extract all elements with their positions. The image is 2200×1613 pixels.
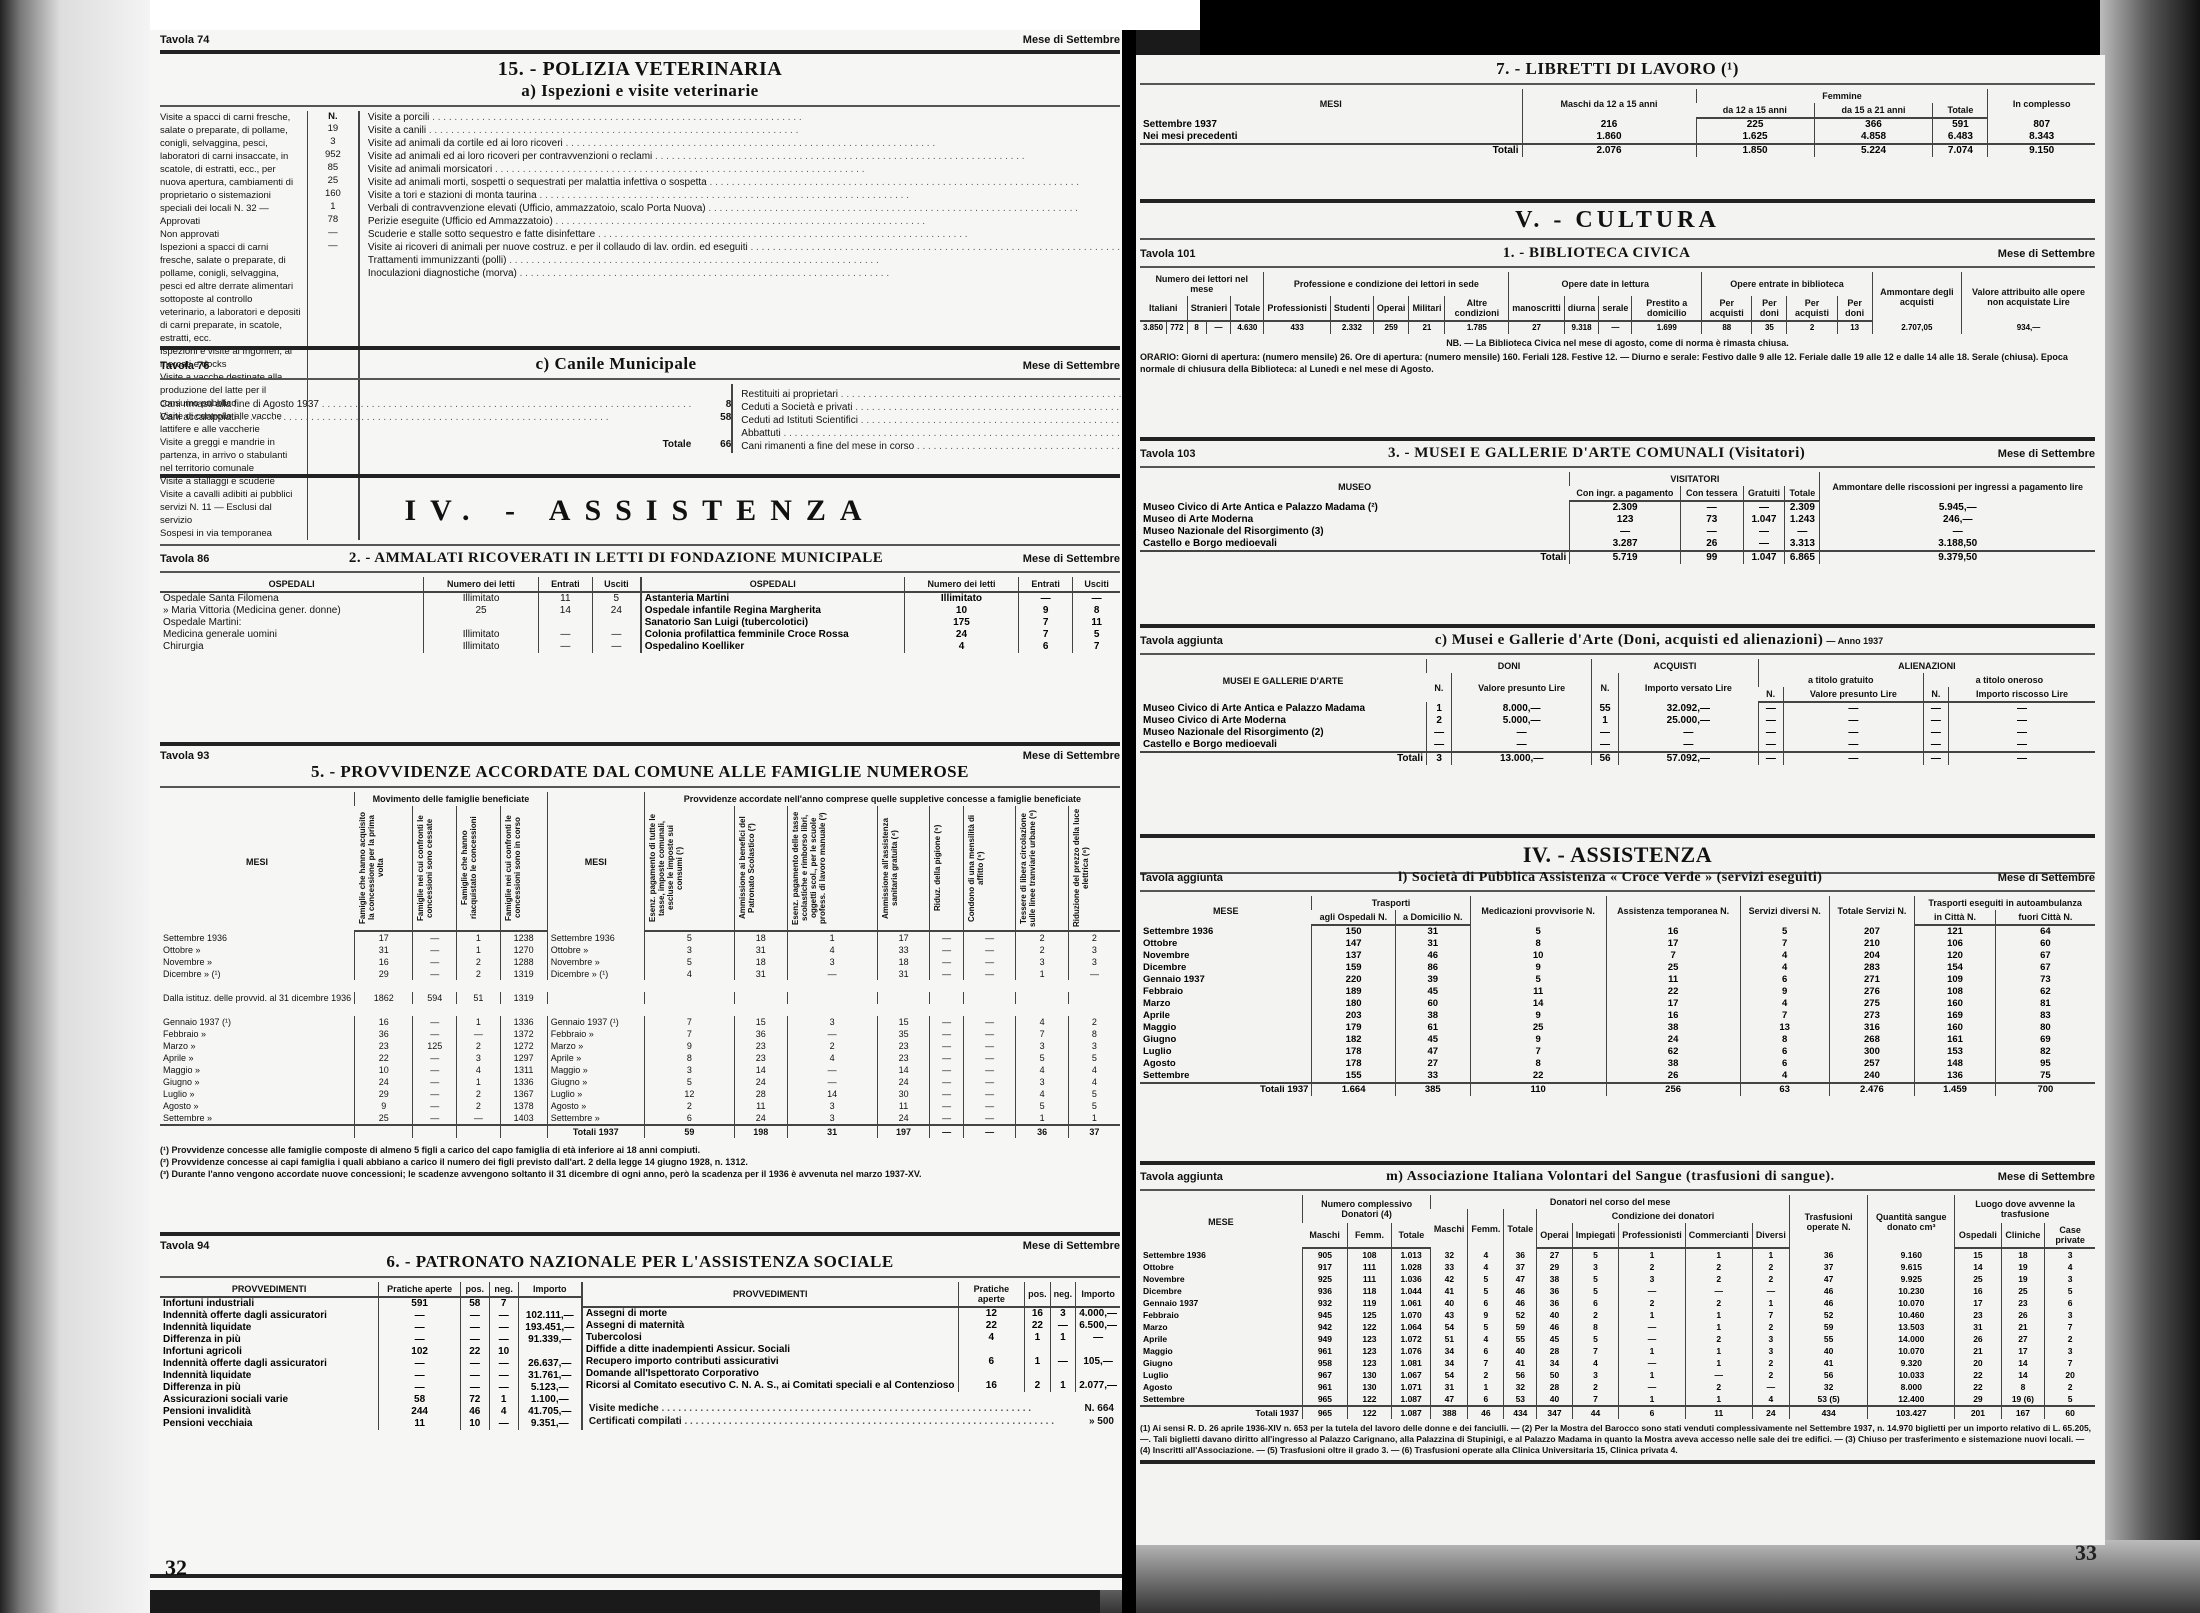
avis-table: MESE Numero complessivo Donatori (4) Don… (1140, 1195, 2095, 1419)
tavola-label: Tavola 103 (1140, 448, 1195, 460)
month-row: Giugno18245924826816169 (1140, 1034, 2095, 1046)
scan-dark-border (1200, 0, 2200, 55)
vet-item: Visite ad animali morti, sospetti o sequ… (368, 176, 1120, 189)
museum-row: Museo di Arte Moderna123731.0471.243246,… (1140, 514, 2095, 526)
total-row: Totali313.000,—5657.092,————— (1140, 752, 2095, 765)
vet-item: Visite ad animali ed ai loro ricoveri pe… (368, 150, 1120, 163)
section-subtitle: a) Ispezioni e visite veterinarie (160, 81, 1120, 101)
provvidenze-section: Tavola 93 Mese di Settembre 5. - PROVVID… (160, 738, 1120, 1180)
vet-item: Scuderie e stalle sotto sequestro e fatt… (368, 228, 1120, 241)
month-label: Mese di Settembre (1023, 1240, 1120, 1252)
page-number-left: 32 (165, 1555, 187, 1581)
doni-table: MUSEI E GALLERIE D'ARTE DONI ACQUISTI AL… (1140, 659, 2095, 765)
museum-row: Museo Nazionale del Risorgimento (2)————… (1140, 727, 2095, 739)
tavola-label: Tavola 74 (160, 34, 209, 46)
month-label: Mese di Settembre (1023, 34, 1120, 46)
hospital-row: Ospedale infantile Regina Margherita1098 (641, 605, 1120, 617)
provvedimento-row: Tubercolosi411— (583, 1332, 1120, 1344)
tavola-label: Tavola 101 (1140, 248, 1195, 260)
libretti-table: MESI Maschi da 12 a 15 anni Femmine In c… (1140, 89, 2095, 157)
libretti-section: 7. - LIBRETTI DI LAVORO (¹) MESI Maschi … (1140, 59, 2095, 157)
month-row: Novembre »16—21288Novembre »518318——33 (160, 956, 1120, 968)
biblioteca-table: Numero dei lettori nel mese Professione … (1140, 272, 2095, 334)
hospital-row: Medicina generale uominiIllimitato—— (160, 629, 640, 641)
hospital-row: Colonia profilattica femminile Croce Ros… (641, 629, 1120, 641)
vet-item: Visite a spacci di carni fresche, salate… (160, 111, 307, 228)
tavola-label: Tavola 94 (160, 1240, 209, 1252)
musei-table: MUSEO VISITATORI Ammontare delle riscoss… (1140, 472, 2095, 564)
cultura-heading: V. - CULTURA (1140, 195, 2095, 244)
provvedimento-row: Assicurazioni sociali varie587211.100,— (160, 1394, 581, 1406)
provvedimento-row: Pensioni invalidità24446441.705,— (160, 1406, 581, 1418)
canile-item: Ceduti a Società e privati22 (741, 401, 1130, 414)
hospital-row: Ospedalino Koelliker467 (641, 641, 1120, 653)
patronato-table-left: PROVVEDIMENTI Pratiche aperte pos. neg. … (160, 1282, 581, 1430)
month-row: Marzo9421221.06454559468—125913.50331217 (1140, 1321, 2095, 1333)
total-row: Totali 19379651221.087388464343474461124… (1140, 1406, 2095, 1419)
section-title: 7. - LIBRETTI DI LAVORO (¹) (1140, 59, 2095, 79)
hospital-row: Sanatorio San Luigi (tubercolotici)17571… (641, 617, 1120, 629)
ammalati-section: Tavola 86 2. - AMMALATI RICOVERATI IN LE… (160, 550, 1120, 653)
month-row: Settembre »25——1403Settembre »624324——11 (160, 1112, 1120, 1125)
month-row: Aprile20338916727316983 (1140, 1010, 2095, 1022)
tavola-label: Tavola aggiunta (1140, 1171, 1223, 1183)
assistenza-heading: IV. - ASSISTENZA (160, 470, 1120, 550)
vet-item: Visite ad animali da cortile ed ai loro … (368, 137, 1120, 150)
provvedimento-row: Assegni di maternità2222—6.500,— (583, 1320, 1120, 1332)
scan-bottom-shadow (1100, 1540, 2200, 1613)
month-row: Marzo »2312521272Marzo »923223——33 (160, 1040, 1120, 1052)
vet-item: Visite a canili (368, 124, 1120, 137)
section-title: 5. - PROVVIDENZE ACCORDATE DAL COMUNE AL… (160, 762, 1120, 782)
musei-section: Tavola 103 3. - MUSEI E GALLERIE D'ARTE … (1140, 433, 2095, 564)
provvedimento-row: Differenza in più———91.339,— (160, 1334, 581, 1346)
month-row: Settembre155332226424013675 (1140, 1070, 2095, 1083)
canile-left: Cani rimasti alla fine di Agosto 19378 C… (160, 384, 731, 453)
footnotes: (¹) Provvidenze concesse alle famiglie c… (160, 1144, 1120, 1180)
avis-footnote: (1) Ai sensi R. D. 26 aprile 1936-XIV n.… (1140, 1423, 2095, 1456)
museum-row: Museo Civico di Arte Antica e Palazzo Ma… (1140, 702, 2095, 715)
month-row: Dicembre » (¹)29—21319Dicembre » (¹)431—… (160, 968, 1120, 980)
month-row: Gennaio 19379321191.061406463662214610.0… (1140, 1297, 2095, 1309)
month-row: Gennaio 193722039511627110973 (1140, 974, 2095, 986)
canile-item: Ceduti ad Istituti Scientifici4 (741, 414, 1130, 427)
provvedimento-row: Indennità liquidate———193.451,— (160, 1322, 581, 1334)
month-row: Settembre 193617—11238Settembre 19365181… (160, 931, 1120, 944)
provvedimento-row: Differenza in più———5.123,— (160, 1382, 581, 1394)
provvedimento-row: Infortuni industriali591587 (160, 1297, 581, 1310)
tavola-label: Tavola aggiunta (1140, 635, 1223, 647)
month-row: Luglio17847762630015382 (1140, 1046, 2095, 1058)
month-label: Mese di Settembre (1023, 750, 1120, 762)
month-row: Luglio9671301.067542565031—25610.0332214… (1140, 1369, 2095, 1381)
vet-item: Visite ai ricoveri di animali per nuove … (368, 241, 1120, 254)
museum-row: Castello e Borgo medioevali3.28726—3.313… (1140, 538, 2095, 551)
page-gutter (1122, 30, 1136, 1613)
hospital-row: Astanteria MartiniIllimitato—— (641, 592, 1120, 605)
museum-row: Museo Civico di Arte Antica e Palazzo Ma… (1140, 501, 2095, 514)
doni-section: Tavola aggiunta c) Musei e Gallerie d'Ar… (1140, 620, 2095, 765)
month-label: Mese di Settembre (1998, 1171, 2095, 1183)
provvedimento-row: Indennità liquidate———31.761,— (160, 1370, 581, 1382)
vet-section: Tavola 74 Mese di Settembre 15. - POLIZI… (160, 34, 1120, 540)
section-title: 15. - POLIZIA VETERINARIA (160, 58, 1120, 81)
month-row: Settembre 1937216225366591807 (1140, 118, 2095, 131)
month-label: Mese di Settembre (1998, 872, 2095, 884)
month-row: Settembre 19369051081.01332436275111369.… (1140, 1248, 2095, 1261)
month-row: Giugno »24—11336Giugno »524—24——34 (160, 1076, 1120, 1088)
month-row: Maggio9611231.076346402871134010.0702117… (1140, 1345, 2095, 1357)
month-row: Nei mesi precedenti1.8601.6254.8586.4838… (1140, 131, 2095, 144)
biblioteca-section: Tavola 101 1. - BIBLIOTECA CIVICA Mese d… (1140, 245, 2095, 375)
total-row: Totali 19375919831197——3637 (160, 1125, 1120, 1138)
cumulative-row: Dalla istituz. delle provvid. al 31 dice… (160, 992, 1120, 1004)
provvedimento-row: Recupero importo contributi assicurativi… (583, 1356, 1120, 1368)
hospital-row: Ospedale Martini: (160, 617, 640, 629)
patronato-table-right: PROVVEDIMENTI Pratiche aperte pos. neg. … (583, 1282, 1120, 1392)
provvedimento-row: Domande all'Ispettorato Corporativo (583, 1368, 1120, 1380)
ammalati-table-right: OSPEDALI Numero dei letti Entrati Usciti… (640, 577, 1120, 653)
hospital-row: ChirurgiaIllimitato—— (160, 641, 640, 653)
tavola-label: Tavola 86 (160, 553, 209, 565)
month-row: Luglio »29—21367Luglio »12281430——45 (160, 1088, 1120, 1100)
month-row: Agosto »9—21378Agosto »211311——55 (160, 1100, 1120, 1112)
month-row: Novembre13746107420412067 (1140, 950, 2095, 962)
provvedimento-row: Pensioni vecchiaia1110—9.351,— (160, 1418, 581, 1430)
canile-item: Cani rimanenti a fine del mese in corso3 (741, 440, 1130, 453)
vet-item: Visite a tori e stazioni di monta taurin… (368, 189, 1120, 202)
month-row: Febbraio »36——1372Febbraio »736—35——78 (160, 1028, 1120, 1040)
vet-item: Trattamenti immunizzanti (polli) (368, 254, 1120, 267)
month-label: Mese di Settembre (1998, 248, 2095, 260)
provvedimento-row: Infortuni agricoli1022210 (160, 1346, 581, 1358)
provvedimento-row: Ricorsi al Comitato esecutivo C. N. A. S… (583, 1380, 1120, 1392)
page-number-right: 33 (2075, 1540, 2097, 1566)
scan-right-edge (2100, 0, 2200, 1613)
avis-section: Tavola aggiunta m) Associazione Italiana… (1140, 1157, 2095, 1468)
scan-left-edge (0, 0, 150, 1613)
section-title: c) Canile Municipale (536, 354, 697, 374)
left-page: Tavola 74 Mese di Settembre 15. - POLIZI… (150, 30, 1130, 1590)
provvedimento-row: Indennità offerte dagli assicuratori———1… (160, 1310, 581, 1322)
month-row: Aprile9491231.07251455455—235514.0002627… (1140, 1333, 2095, 1345)
vet-item: Visite ad animali morsicatori (368, 163, 1120, 176)
tavola-label: Tavola aggiunta (1140, 872, 1223, 884)
month-row: Dicembre15986925428315467 (1140, 962, 2095, 974)
section-title: 3. - MUSEI E GALLERIE D'ARTE COMUNALI (V… (1388, 445, 1805, 462)
total-row: Totali 19371.664385110256632.4761.459700 (1140, 1083, 2095, 1096)
section-title: m) Associazione Italiana Volontari del S… (1386, 1169, 1834, 1185)
provvedimento-row: Diffide a ditte inadempienti Assicur. So… (583, 1344, 1120, 1356)
provvedimento-row: Indennità offerte dagli assicuratori———2… (160, 1358, 581, 1370)
total-row: Totali5.719991.0476.8659.379,50 (1140, 551, 2095, 564)
biblioteca-nb: NB. — La Biblioteca Civica nel mese di a… (1140, 337, 2095, 349)
month-row: Maggio1796125381331616080 (1140, 1022, 2095, 1034)
right-page: 7. - LIBRETTI DI LAVORO (¹) MESI Maschi … (1130, 55, 2105, 1545)
section-title: 2. - AMMALATI RICOVERATI IN LETTI DI FON… (349, 550, 883, 567)
month-row: Agosto9611301.07131132282—2—328.0002282 (1140, 1381, 2095, 1393)
section-title: c) Musei e Gallerie d'Arte (Doni, acquis… (1435, 632, 1824, 648)
vet-item: Visite a porcili (368, 111, 1120, 124)
month-row: Maggio »10—41311Maggio »314—14——44 (160, 1064, 1120, 1076)
month-label: Mese di Settembre (1023, 553, 1120, 565)
month-row: Aprile »22—31297Aprile »823423——55 (160, 1052, 1120, 1064)
month-row: Febbraio189451122927610862 (1140, 986, 2095, 998)
month-row: Settembre9651221.0874765340711453 (5)12.… (1140, 1393, 2095, 1406)
month-row: Ottobre »31—11270Ottobre »331433——23 (160, 944, 1120, 956)
month-label: Mese di Settembre (1023, 360, 1120, 372)
museum-row: Museo Civico di Arte Moderna25.000,—125.… (1140, 715, 2095, 727)
tavola-label: Tavola 76 (160, 360, 209, 372)
month-row: Agosto17827838625714895 (1140, 1058, 2095, 1070)
croce-verde-table: MESE Trasporti Medicazioni provvisorie N… (1140, 896, 2095, 1096)
ammalati-table-left: OSPEDALI Numero dei letti Entrati Usciti… (160, 577, 640, 653)
month-row: Marzo180601417427516081 (1140, 998, 2095, 1010)
vet-item: Perizie eseguite (Ufficio ed Ammazzatoio… (368, 215, 1120, 228)
canile-right: Restituiti ai proprietari12Ceduti a Soci… (731, 384, 1130, 453)
month-label: Mese di Settembre (1998, 448, 2095, 460)
provvidenze-table: MESI Movimento delle famiglie beneficiat… (160, 792, 1120, 1138)
canile-item: Abbattuti25 (741, 427, 1130, 440)
biblioteca-orario: ORARIO: Giorni di apertura: (numero mens… (1140, 351, 2095, 375)
provvedimento-row: Assegni di morte121634.000,— (583, 1307, 1120, 1320)
canile-section: Tavola 76 c) Canile Municipale Mese di S… (160, 342, 1120, 453)
month-row: Dicembre9361181.04441546365———4610.23016… (1140, 1285, 2095, 1297)
month-row: Novembre9251111.03642547385322479.925251… (1140, 1273, 2095, 1285)
museum-row: Castello e Borgo medioevali———————— (1140, 739, 2095, 752)
month-row: Settembre 193615031516520712164 (1140, 925, 2095, 938)
month-row: Ottobre9171111.02833437293222379.6151419… (1140, 1261, 2095, 1273)
total-row: Totali2.0761.8505.2247.0749.150 (1140, 144, 2095, 157)
vet-item: Inoculazioni diagnostiche (morva) (368, 267, 1120, 280)
section-title: 1. - BIBLIOTECA CIVICA (1503, 245, 1691, 262)
month-row: Ottobre14731817721010660 (1140, 938, 2095, 950)
canile-item: Restituiti ai proprietari12 (741, 388, 1130, 401)
section-title: l) Società di Pubblica Assistenza « Croc… (1398, 870, 1822, 886)
vet-item: Non approvati (160, 228, 307, 241)
month-row: Gennaio 1937 (¹)16—11336Gennaio 1937 (¹)… (160, 1016, 1120, 1028)
month-row: Giugno9581231.08134741344—12419.32020147 (1140, 1357, 2095, 1369)
museum-row: Museo Nazionale del Risorgimento (3)————… (1140, 526, 2095, 538)
patronato-section: Tavola 94 Mese di Settembre 6. - PATRONA… (160, 1228, 1120, 1430)
hospital-row: Ospedale Santa FilomenaIllimitato115 (160, 592, 640, 605)
section-title: 6. - PATRONATO NAZIONALE PER L'ASSISTENZ… (160, 1252, 1120, 1272)
hospital-row: » Maria Vittoria (Medicina gener. donne)… (160, 605, 640, 617)
vet-item: Verbali di contravvenzione elevati (Uffi… (368, 202, 1120, 215)
croce-verde-section: Tavola aggiunta l) Società di Pubblica A… (1140, 870, 2095, 1096)
vet-item: Ispezioni a spacci di carni fresche, sal… (160, 241, 307, 345)
month-row: Febbraio9451251.070439524021175210.46023… (1140, 1309, 2095, 1321)
tavola-label: Tavola 93 (160, 750, 209, 762)
